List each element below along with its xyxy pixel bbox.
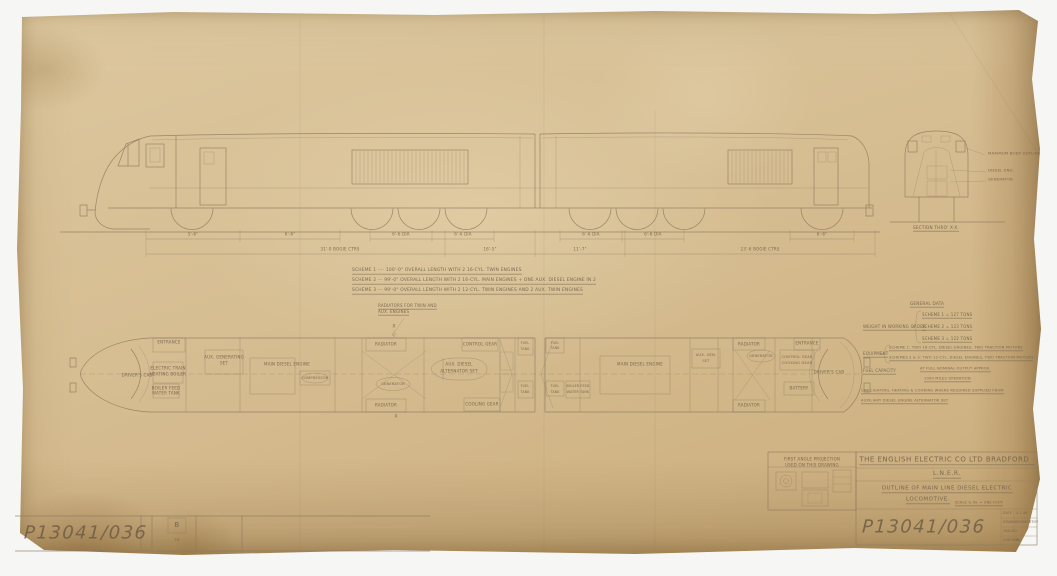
plan-label: FUEL	[521, 341, 530, 345]
section-callout: MAXIMUM BODY OUTLINE	[988, 151, 1040, 156]
plan-label: DRIVER'S CAB	[122, 373, 153, 378]
corner-drawing-number: P13041/036	[23, 523, 148, 544]
dim-label: 5'-6"	[188, 232, 198, 237]
table-value-checked: M—	[1016, 538, 1022, 542]
section-label: SECTION THRO' X-X.	[913, 225, 959, 232]
general-data-line: AUXILIARY DIESEL ENGINE ALTERNATOR SET	[861, 398, 948, 404]
plan-label: GENERATOR	[381, 382, 405, 386]
scheme-note-1: SCHEME 1 ···· 100'-0" OVERALL LENGTH WIT…	[352, 268, 522, 275]
corner-stamp-bottom: TD	[174, 538, 179, 542]
plan-label: AUX. DIESEL	[445, 362, 472, 367]
plan-label: FUEL	[551, 384, 560, 388]
plan-label: SET	[220, 361, 228, 366]
plan-label: GENERATOR	[749, 354, 773, 358]
dim-label: 6'-6"	[817, 232, 827, 237]
dimension-lines	[146, 230, 875, 257]
plan-label: RADIATOR	[375, 342, 397, 347]
general-data-line: AT FULL NOMINAL OUTPUT APPROX.	[920, 366, 991, 372]
dim-label: 23'-6 BOGIE CTRS	[740, 247, 779, 252]
plan-label: FUEL	[521, 384, 530, 388]
drawing-number: P13041/036	[861, 517, 986, 538]
dim-label: 11'-7"	[573, 247, 586, 252]
titleblock-scale-note: SCALE ¾ IN. = ONE FOOT	[955, 500, 1003, 506]
dim-label: 6'-6"	[285, 232, 295, 237]
plan-label: ENTRANCE	[157, 340, 180, 345]
ventilation-grille-left	[352, 150, 468, 184]
section-marker-x: X	[394, 415, 397, 420]
blueprint-page: 5'-6" 6'-6" 6'-6 DIA 6'-6 DIA 6'-6 DIA 6…	[0, 0, 1057, 576]
radiator-note: AUX. ENGINES	[378, 309, 409, 316]
titleblock-railway: L.N.E.R.	[933, 470, 961, 479]
plan-label: AUX. GEN.	[696, 353, 717, 357]
dim-label: 6'-6 DIA	[582, 232, 600, 237]
table-label-date: DATE	[1003, 511, 1012, 515]
general-data-line: SCHEME 2 = 123 TONS	[922, 324, 972, 331]
general-data-line: CAB LIGHTING, HEATING & COOKING WHERE RE…	[861, 388, 1004, 394]
scheme-note-3: SCHEME 3 ··· 99'-0" OVERALL LENGTH WITH …	[352, 288, 583, 295]
plan-label: WATER TANK	[152, 391, 180, 396]
projection-stamp-text: USED ON THIS DRAWING	[785, 463, 839, 468]
plan-label: COOLING GEAR	[465, 402, 498, 407]
plan-label: DRIVER'S CAB	[814, 370, 845, 375]
titleblock-title-1: OUTLINE OF MAIN LINE DIESEL ELECTRIC	[882, 485, 1013, 493]
plan-label: CONTROL GEAR	[781, 355, 812, 359]
ventilation-grille-right	[728, 150, 792, 184]
dim-label: 6'-6 DIA	[392, 232, 410, 237]
plan-label: CONTROL GEAR	[463, 342, 497, 347]
section-callout: GENERATOR	[988, 177, 1013, 182]
section-callout: DIESEL ENG.	[988, 168, 1014, 173]
dim-label: 31'-0 BOGIE CTRS	[320, 247, 359, 252]
table-value-drawn: KENWORTHY	[1016, 520, 1038, 524]
plan-label: FUEL	[551, 341, 560, 345]
general-data-line: SCHEMES 2 & 3: TWO 12-CYL. DIESEL ENGINE…	[889, 355, 1033, 361]
dim-label: 16'-5"	[483, 247, 496, 252]
section-marker-x: X	[392, 325, 395, 330]
plan-label: RADIATOR	[375, 403, 397, 408]
titleblock-company: THE ENGLISH ELECTRIC CO LTD BRADFORD ·	[859, 455, 1034, 465]
plan-label: SET	[702, 359, 709, 363]
plan-label: COOKING GEAR	[782, 361, 813, 365]
plan-label: AUX. GENERATING	[204, 355, 244, 360]
general-data-line: SCHEME 3 = 122 TONS	[922, 336, 972, 343]
plan-label: COMPRESSOR	[301, 376, 328, 380]
dim-label: 6'-6 DIA	[454, 232, 472, 237]
general-data-title: GENERAL DATA	[910, 301, 944, 308]
general-data-line: WEIGHT IN WORKING ORDER	[863, 324, 926, 331]
plan-label: ALTERNATOR SET	[440, 369, 478, 374]
corner-stamp-top: B	[174, 521, 179, 529]
table-label-traced: TRACED	[1003, 529, 1017, 533]
general-data-line: FUEL CAPACITY	[863, 368, 896, 375]
plan-label: WATER TANK	[567, 390, 589, 394]
plan-label: TANK	[550, 346, 559, 350]
plan-label: TANK	[520, 390, 529, 394]
plan-label: ELECTRIC TRAIN	[150, 366, 185, 371]
plan-label: ENTRANCE	[795, 341, 818, 346]
general-data-line: SCHEME 1: TWO 16-CYL. DIESEL ENGINES, TW…	[889, 345, 1023, 351]
table-label-drawn: DRAWN	[1003, 520, 1016, 524]
projection-stamp-text: FIRST ANGLE PROJECTION	[784, 457, 840, 462]
side-elevation	[60, 133, 880, 232]
plan-label: MAIN DIESEL ENGINE	[617, 362, 663, 367]
plan-label: TANK	[550, 390, 559, 394]
table-value-date: 4-1-46	[1016, 511, 1028, 515]
plan-label: RADIATOR	[738, 342, 760, 347]
plan-label: BOILER FEED	[566, 384, 589, 388]
plan-label: BATTERY	[790, 386, 809, 391]
plan-label: MAIN DIESEL ENGINE	[264, 362, 310, 367]
plan-label: TANK	[520, 347, 529, 351]
dim-label: 6'-6 DIA	[644, 232, 662, 237]
scheme-note-2: SCHEME 2 ··· 99'-0" OVERALL LENGTH WITH …	[352, 278, 596, 285]
plan-label: RADIATOR	[738, 403, 760, 408]
titleblock-title-2: LOCOMOTIVE.	[906, 496, 950, 504]
general-data-line: EQUIPMENT	[863, 351, 888, 358]
general-data-line: SCHEME 1 = 127 TONS	[922, 312, 972, 319]
plan-label: HEATING BOILER	[150, 372, 186, 377]
general-data-line: 1000 MILES OPERATION	[924, 376, 971, 382]
